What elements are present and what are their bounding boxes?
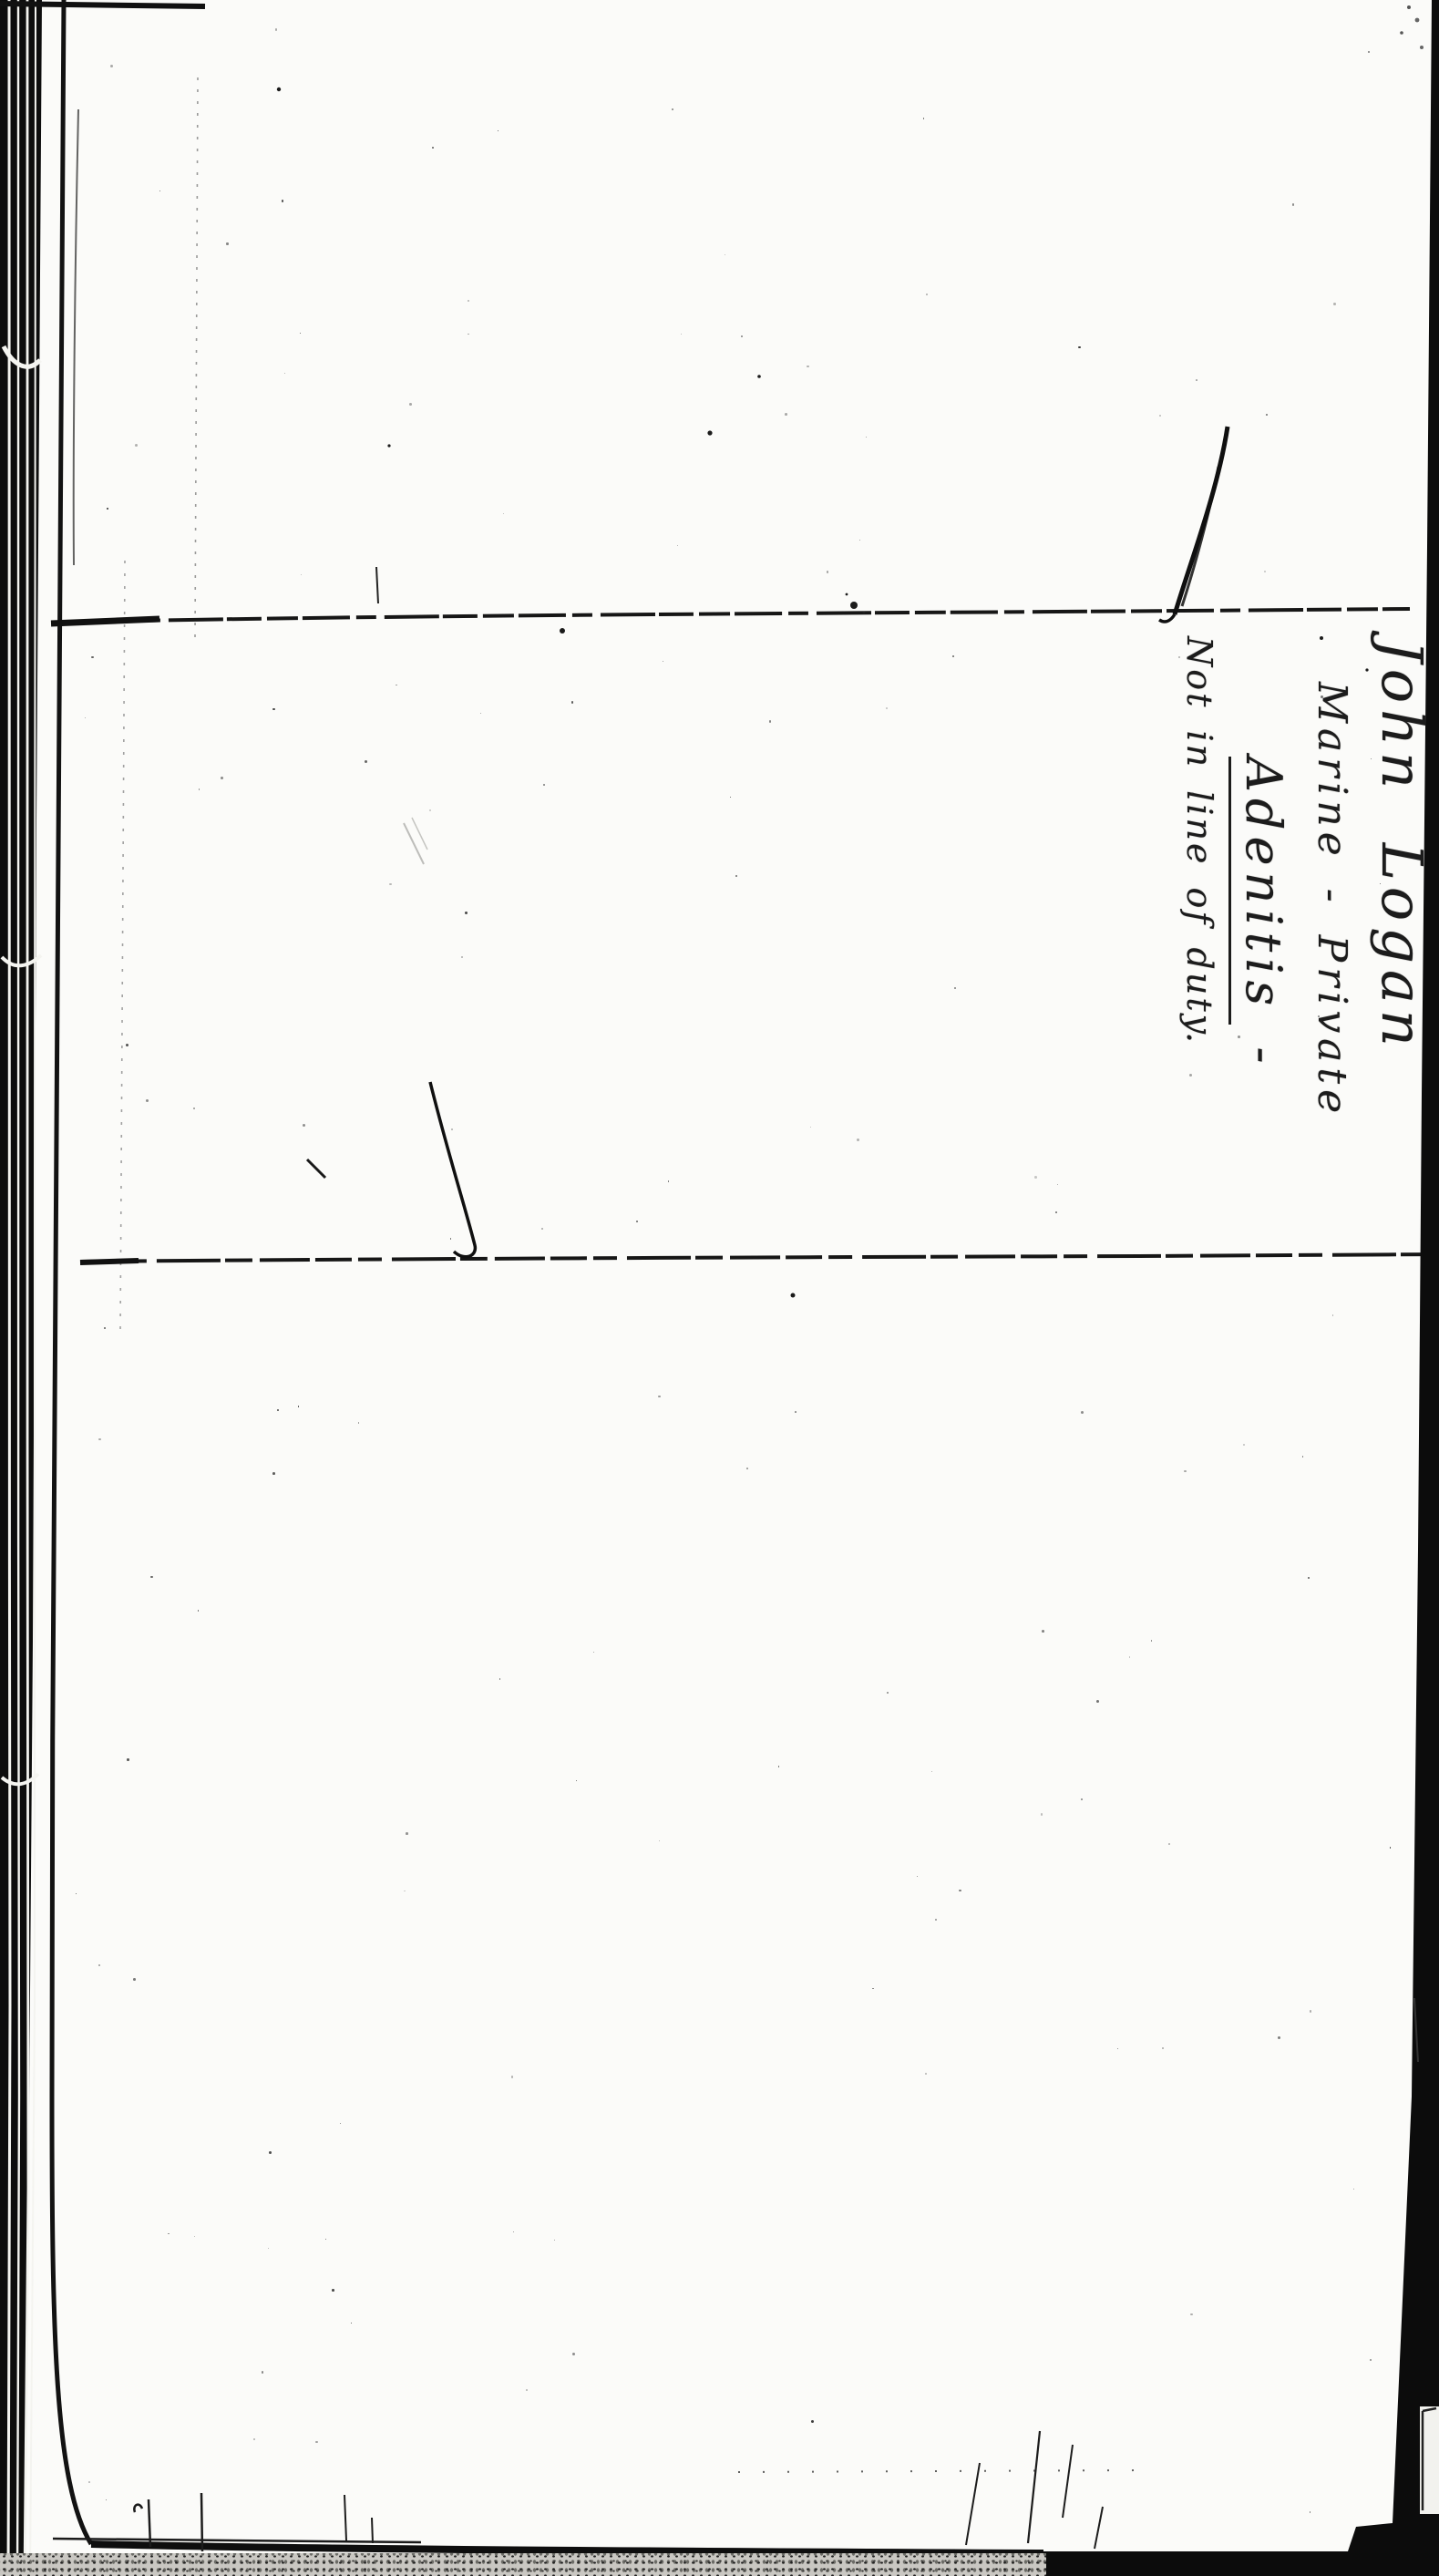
noise-speck: [1168, 1843, 1170, 1845]
noise-speck: [409, 403, 412, 406]
noise-speck: [1333, 303, 1336, 305]
noise-speck: [857, 1139, 859, 1141]
noise-speck: [1318, 1015, 1320, 1017]
noise-speck: [1057, 1184, 1058, 1185]
noise-speck: [859, 540, 860, 541]
noise-speck: [1096, 1700, 1099, 1703]
noise-speck: [351, 2323, 352, 2324]
noise-speck: [406, 1832, 408, 1835]
noise-speck: [1266, 414, 1268, 416]
noise-speck: [193, 1108, 194, 1108]
noise-speck: [1196, 379, 1197, 381]
notable-specks: [277, 5, 1424, 672]
pen-stroke-lower: [307, 1082, 475, 1257]
noise-speck: [730, 797, 731, 798]
noise-speck: [1308, 1577, 1310, 1579]
noise-speck: [886, 707, 888, 709]
page-edge-line: [52, 0, 91, 2544]
noise-speck: [807, 366, 809, 368]
noise-speck: [429, 809, 431, 811]
right-edge-shadow: [1039, 0, 1439, 2576]
noise-speck: [127, 1758, 128, 1760]
noise-speck: [778, 1766, 779, 1767]
noise-speck: [1178, 656, 1180, 658]
noise-speck: [663, 661, 663, 662]
noise-speck: [872, 1988, 874, 1990]
noise-speck: [795, 1411, 797, 1413]
noise-speck: [659, 1840, 660, 1841]
noise-speck: [1238, 1036, 1240, 1038]
page-edge-companion-line: [74, 109, 78, 565]
noise-speck: [465, 912, 468, 914]
noise-speck: [1380, 883, 1381, 884]
fold-crease-bottom: [80, 1254, 1439, 1298]
noise-speck: [1041, 1813, 1043, 1815]
noise-speck: [785, 413, 787, 416]
noise-speck: [468, 334, 469, 335]
noise-speck: [104, 1327, 106, 1329]
noise-speck: [1278, 2036, 1280, 2039]
noise-speck: [268, 2248, 269, 2249]
noise-speck: [1117, 2048, 1118, 2049]
scan-noise-band: [0, 2553, 1046, 2576]
noise-speck: [1184, 1470, 1186, 1472]
binding-edge: [0, 0, 42, 2576]
noise-speck: [952, 655, 954, 657]
handwritten-diagnosis-word: Adenitis: [1228, 757, 1292, 1025]
scanned-document-page: { "page": { "paper_color": "#fbfbf9", "i…: [0, 0, 1439, 2576]
noise-speck: [404, 1891, 405, 1891]
noise-speck: [1078, 346, 1080, 348]
noise-speck: [98, 1438, 101, 1441]
noise-speck: [1034, 1176, 1037, 1179]
noise-speck: [746, 1468, 748, 1469]
handwriting-block: John Logan Marine - Private Adenitis - N…: [1165, 629, 1438, 1139]
paper-crease-upper: [195, 77, 198, 638]
noise-speck: [396, 685, 397, 686]
noise-speck: [451, 1128, 452, 1129]
noise-speck: [1191, 792, 1193, 794]
noise-speck: [282, 200, 283, 201]
paper-crease-middle: [120, 561, 125, 1333]
noise-speck: [110, 65, 113, 67]
noise-speck: [272, 1472, 275, 1475]
bottom-edge-ticks: [134, 2431, 1145, 2551]
pen-stroke-upper: [1159, 427, 1228, 622]
noise-speck: [741, 335, 743, 337]
noise-speck: [272, 708, 274, 710]
noise-speck: [332, 2289, 334, 2292]
handwritten-rank: Marine - Private: [1298, 629, 1365, 1139]
noise-speck: [1310, 2010, 1312, 2013]
noise-speck: [735, 875, 737, 877]
noise-speck: [221, 777, 223, 779]
noise-speck: [1042, 1630, 1044, 1633]
fold-crease-top: [51, 567, 1410, 634]
noise-speck: [866, 437, 867, 438]
noise-speck: [226, 242, 228, 244]
noise-speck: [358, 1422, 359, 1423]
top-edge-mark: [0, 4, 205, 6]
noise-speck: [810, 1127, 811, 1128]
noise-speck: [1129, 1656, 1130, 1657]
noise-speck: [107, 508, 108, 509]
scan-artifacts-layer: [0, 0, 1439, 2576]
noise-speck: [543, 784, 545, 786]
noise-speck: [1353, 2189, 1354, 2190]
noise-speck: [925, 2073, 927, 2075]
handwritten-duty-note: Not in line of duty.: [1170, 629, 1228, 1139]
noise-speck: [1292, 203, 1294, 205]
handwritten-name: John Logan: [1365, 629, 1438, 1139]
noise-speck: [88, 2481, 90, 2483]
handwritten-diagnosis: Adenitis -: [1228, 629, 1298, 1139]
noise-speck: [1190, 2313, 1192, 2315]
noise-speck: [498, 130, 499, 131]
handwritten-diagnosis-dash: -: [1235, 1025, 1292, 1069]
noise-speck: [926, 294, 928, 295]
noise-speck: [269, 2151, 272, 2154]
noise-speck: [1302, 1456, 1303, 1457]
scratch-marks: [404, 818, 427, 864]
noise-speck: [198, 1610, 199, 1611]
noise-speck: [284, 373, 285, 374]
noise-speck: [1055, 1211, 1057, 1213]
